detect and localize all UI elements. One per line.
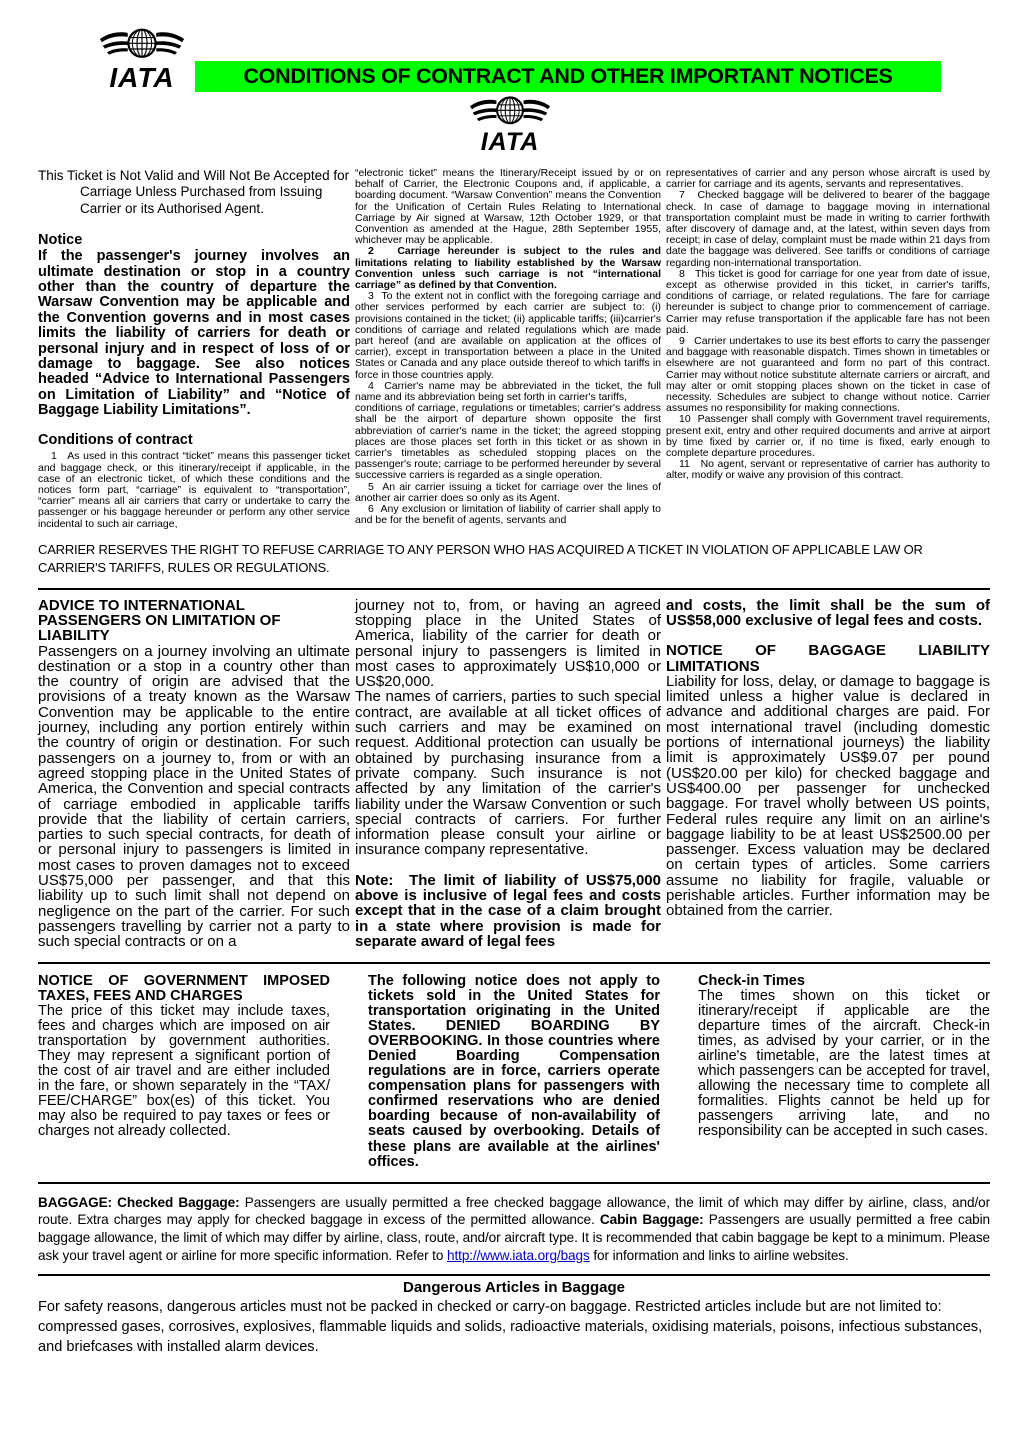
baggage-paragraph: BAGGAGE: Checked Baggage: Passengers are…	[38, 1194, 990, 1264]
section-divider	[38, 962, 990, 964]
advice-body-3: The names of carriers, parties to such s…	[355, 689, 661, 857]
contract-clause-2: 2 Carriage hereunder is subject to the r…	[355, 246, 661, 291]
section-divider	[38, 1274, 990, 1276]
contract-clause-5: 5 An air carrier issuing a ticket for ca…	[355, 482, 661, 504]
iata-bags-link[interactable]: http://www.iata.org/bags	[447, 1248, 590, 1263]
contract-column-1: This Ticket is Not Valid and Will Not Be…	[38, 168, 350, 530]
taxes-section: NOTICE OF GOVERNMENT IMPOSED TAXES, FEES…	[38, 974, 990, 1170]
liability-note: Note: The limit of liability of US$75,00…	[355, 873, 661, 949]
taxes-column-3: Check-in Times The times shown on this t…	[698, 974, 990, 1140]
conditions-heading: Conditions of contract	[38, 432, 350, 448]
contract-clause-6-continuation: representatives of carrier and any perso…	[666, 168, 990, 190]
contract-clause-1: 1 As used in this contract “ticket” mean…	[38, 451, 350, 529]
baggage-liability-body: Liability for loss, delay, or damage to …	[666, 674, 990, 919]
contract-clause-9: 9 Carrier undertakes to use its best eff…	[666, 336, 990, 414]
taxes-body: The price of this ticket may include tax…	[38, 1004, 330, 1140]
baggage-cabin-label: Cabin Baggage:	[600, 1212, 704, 1227]
baggage-checked-label: BAGGAGE: Checked Baggage:	[38, 1195, 240, 1210]
ticket-validity-notice: This Ticket is Not Valid and Will Not Be…	[38, 168, 350, 217]
liability-note-continuation: and costs, the limit shall be the sum of…	[666, 598, 990, 629]
advice-column-3: and costs, the limit shall be the sum of…	[666, 598, 990, 919]
spacer	[355, 858, 661, 873]
advice-column-2: journey not to, from, or having an agree…	[355, 598, 661, 950]
section-divider	[38, 588, 990, 590]
contract-clause-4: 4 Carrier's name may be abbreviated in t…	[355, 381, 661, 482]
section-divider	[38, 1182, 990, 1184]
contract-clause-3: 3 To the extent not in conflict with the…	[355, 291, 661, 381]
refusal-notice: CARRIER RESERVES THE RIGHT TO REFUSE CAR…	[38, 541, 990, 578]
contract-clause-6: 6 Any exclusion or limitation of liabili…	[355, 504, 661, 526]
contract-section: This Ticket is Not Valid and Will Not Be…	[38, 168, 990, 530]
baggage-liability-heading: NOTICE OF BAGGAGE LIABILITY LIMITATIONS	[666, 643, 990, 674]
iata-logo-text: IATA	[465, 130, 555, 155]
checkin-times-heading: Check-in Times	[698, 974, 990, 989]
advice-section: ADVICE TO INTERNATIONAL PASSENGERS ON LI…	[38, 598, 990, 950]
iata-logo-center: IATA	[465, 92, 555, 155]
taxes-column-1: NOTICE OF GOVERNMENT IMPOSED TAXES, FEES…	[38, 974, 330, 1140]
taxes-heading: NOTICE OF GOVERNMENT IMPOSED TAXES, FEES…	[38, 974, 330, 1004]
advice-body-1: Passengers on a journey involving an ult…	[38, 644, 350, 950]
contract-definitions: “electronic ticket” means the Itinerary/…	[355, 168, 661, 246]
iata-emblem-icon	[468, 92, 552, 130]
denied-boarding-notice: The following notice does not apply to t…	[368, 974, 660, 1170]
advice-heading: ADVICE TO INTERNATIONAL PASSENGERS ON LI…	[38, 598, 350, 644]
notice-heading: Notice	[38, 232, 350, 248]
contract-column-2: “electronic ticket” means the Itinerary/…	[355, 168, 661, 527]
advice-body-2: journey not to, from, or having an agree…	[355, 598, 661, 690]
page-title: CONDITIONS OF CONTRACT AND OTHER IMPORTA…	[195, 61, 941, 92]
iata-logo-left: IATA	[96, 24, 188, 92]
notice-body: If the passenger's journey involves an u…	[38, 249, 350, 418]
contract-clause-8: 8 This ticket is good for carriage for o…	[666, 269, 990, 336]
spacer	[666, 628, 990, 643]
advice-column-1: ADVICE TO INTERNATIONAL PASSENGERS ON LI…	[38, 598, 350, 950]
contract-clause-11: 11 No agent, servant or representative o…	[666, 459, 990, 481]
taxes-column-2: The following notice does not apply to t…	[368, 974, 660, 1170]
document-body: This Ticket is Not Valid and Will Not Be…	[38, 168, 990, 1358]
dangerous-articles-body: For safety reasons, dangerous articles m…	[38, 1298, 990, 1357]
iata-emblem-icon	[97, 24, 187, 64]
dangerous-articles-heading: Dangerous Articles in Baggage	[38, 1279, 990, 1296]
contract-column-3: representatives of carrier and any perso…	[666, 168, 990, 482]
baggage-after-link-text: for information and links to airline web…	[590, 1248, 849, 1263]
contract-clause-7: 7 Checked baggage will be delivered to b…	[666, 190, 990, 268]
iata-logo-text: IATA	[96, 64, 188, 92]
checkin-times-body: The times shown on this ticket or itiner…	[698, 989, 990, 1140]
contract-clause-10: 10 Passenger shall comply with Governmen…	[666, 414, 990, 459]
